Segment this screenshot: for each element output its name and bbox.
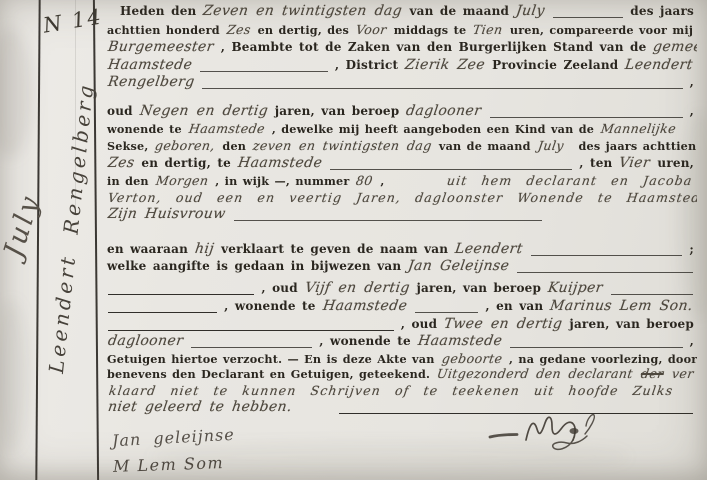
handwritten-entry: klaard niet te kunnen Schrijven of te te… <box>108 383 674 398</box>
act-text-line: achttien honderdZesen dertig, desVoormid… <box>104 22 697 39</box>
act-text-line: =klaard niet te kunnen Schrijven of te t… <box>104 383 697 400</box>
printed-form-text: benevens den Declarant en Getuigen, gete… <box>107 367 430 382</box>
blank-rule-line <box>490 114 683 118</box>
blank-rule-line <box>517 269 693 273</box>
printed-form-text: jaren, van beroep <box>569 317 694 332</box>
handwritten-entry: 80 <box>355 173 374 188</box>
printed-form-text: jaren, van beroep <box>275 104 400 119</box>
act-text-line: oudNegen en dertigjaren, van beroepdaglo… <box>104 104 697 121</box>
handwritten-entry: Vijf en dertig <box>304 281 411 296</box>
margin-month-note: July <box>0 191 46 261</box>
act-text-line: welke aangifte is gedaan in bijwezen van… <box>104 259 697 276</box>
handwritten-entry: Haamstede <box>188 121 266 136</box>
printed-form-text: , <box>380 174 384 189</box>
handwritten-entry: Haamstede <box>417 334 503 349</box>
printed-form-text: des jaars <box>630 4 694 19</box>
act-text-line: , oudTwee en dertigjaren, van beroep <box>104 317 697 334</box>
spacer <box>296 416 336 417</box>
printed-form-text: en dertig, des <box>258 23 349 38</box>
printed-form-text: , in wijk —, nummer <box>215 174 349 189</box>
printed-form-text: van de maand <box>409 4 509 19</box>
handwritten-entry: July <box>537 138 565 153</box>
blank-rule-line <box>330 166 572 170</box>
act-text-line: Sekse,geboren,denzeven en twintigsten da… <box>104 138 697 155</box>
act-text-line: Zijn Huisvrouw <box>104 207 697 224</box>
printed-form-text: verklaart te geven de naam van <box>221 242 448 257</box>
printed-form-text: Provincie Zeeland <box>492 58 618 73</box>
birth-act-document: N 14 July Leendert Rengelberg Heden denZ… <box>0 0 707 480</box>
handwritten-entry: Leendert <box>624 58 694 73</box>
printed-form-text: , <box>690 104 694 119</box>
handwritten-entry: Kuijper <box>547 281 604 296</box>
act-text-line: in denMorgen, in wijk —, nummer80,uit he… <box>104 173 697 190</box>
printed-form-text: , District <box>335 58 398 73</box>
printed-form-text: Getuigen hiertoe verzocht. — En is deze … <box>107 352 435 367</box>
act-text-line: Rengelberg, <box>104 75 697 92</box>
blank-rule-line <box>191 344 312 348</box>
printed-form-text: in den <box>107 174 149 189</box>
printed-form-text: Sekse, <box>107 139 148 154</box>
handwritten-entry: Morgen <box>155 173 210 188</box>
handwritten-entry: geboren, <box>154 138 216 153</box>
blank-rule-line <box>200 68 328 72</box>
printed-form-text: jaren, van beroep <box>417 281 542 296</box>
handwritten-entry: Twee en dertig <box>443 317 563 332</box>
printed-form-text: achttien honderd <box>107 23 220 38</box>
printed-form-text: , wonende te <box>319 334 411 349</box>
handwritten-entry: Haamstede <box>107 58 193 73</box>
printed-form-text: , <box>690 75 694 90</box>
handwritten-entry: ver „ <box>671 366 697 381</box>
margin-name-note: Leendert Rengelberg <box>44 81 98 375</box>
margin-rule-right <box>93 0 99 480</box>
handwritten-entry: Zeven en twintigsten dag <box>202 4 403 19</box>
handwritten-entry: Voor <box>355 22 388 37</box>
witness1-signature: Jan geleijnse <box>112 425 236 450</box>
blank-rule-line <box>108 327 394 331</box>
handwritten-entry: Tien <box>472 22 504 37</box>
printed-form-text: , en van <box>485 299 543 314</box>
handwritten-entry: Zes <box>107 156 136 171</box>
printed-form-text: , <box>690 334 694 349</box>
blank-rule-line <box>202 85 682 89</box>
printed-form-text: middags te <box>394 23 466 38</box>
handwritten-entry: Vier <box>618 156 651 171</box>
handwritten-entry: daglooner <box>405 104 482 119</box>
spacer <box>546 223 697 224</box>
handwritten-entry: Negen en dertig <box>139 104 269 119</box>
handwritten-entry: daglooner <box>107 334 184 349</box>
printed-form-text: , oud <box>261 281 297 296</box>
blank-rule-line <box>531 252 683 256</box>
handwritten-entry: Zijn Huisvrouw <box>107 207 227 222</box>
act-text-line: Zesen dertig, teHaamstede, tenVieruren, <box>104 156 697 173</box>
handwritten-entry: geboorte <box>440 351 503 366</box>
paper-stain <box>0 28 32 158</box>
blank-rule-line <box>415 309 479 313</box>
printed-form-text: , ten <box>579 156 612 171</box>
handwritten-entry: der <box>640 366 665 381</box>
printed-form-text: ; <box>689 242 694 257</box>
printed-form-text: , dewelke mij heeft aangeboden een Kind … <box>272 122 594 137</box>
blank-rule-line <box>108 309 217 313</box>
handwritten-entry: Burgemeester <box>107 40 215 55</box>
act-text-line: en waaraanhijverklaart te geven de naam … <box>104 242 697 259</box>
printed-form-text: wonende te <box>107 122 182 137</box>
handwritten-entry: Zierik Zee <box>404 58 486 73</box>
handwritten-entry: Uitgezonderd den declarant <box>436 366 634 381</box>
handwritten-entry: Mannelijke <box>600 121 677 136</box>
handwritten-entry: Haamstede <box>322 299 408 314</box>
blank-rule-line <box>553 14 624 18</box>
blank-rule-line <box>510 344 683 348</box>
act-text-line: Haamstede, DistrictZierik ZeeProvincie Z… <box>104 58 697 75</box>
printed-form-text: des jaars achttien honderd <box>579 139 697 154</box>
blank-rule-line <box>234 217 542 221</box>
handwritten-entry: Verton, oud een en veertig Jaren, dagloo… <box>107 190 697 205</box>
handwritten-entry: Leendert <box>454 242 524 257</box>
handwritten-entry: niet geleerd te hebben. <box>107 400 293 415</box>
handwritten-entry: Jan Geleijnse <box>407 259 510 274</box>
blank-rule-line <box>108 291 254 295</box>
signature-flourish-icon <box>486 410 614 458</box>
blank-rule-line <box>611 291 693 295</box>
official-signature <box>486 410 614 462</box>
printed-form-text: , Beambte tot de Zaken van den Burgerlij… <box>221 40 647 55</box>
handwritten-entry: Rengelberg <box>107 75 196 90</box>
handwritten-entry: Haamstede <box>237 156 323 171</box>
printed-form-text: uren, compareerde voor mij <box>510 23 693 38</box>
act-text-line: , wonende teHaamstede, en vanMarinus Lem… <box>104 299 697 316</box>
printed-form-text: Heden den <box>120 4 196 19</box>
act-text-line: daglooner, wonende teHaamstede, <box>104 334 697 351</box>
margin-rule-left <box>35 0 40 480</box>
handwritten-entry: gemeente <box>652 40 697 55</box>
printed-form-text: , oud <box>401 317 437 332</box>
handwritten-entry: zeven en twintigsten dag <box>252 138 433 153</box>
act-text-line: Burgemeester, Beambte tot de Zaken van d… <box>104 40 697 57</box>
handwritten-entry: hij <box>194 242 215 257</box>
printed-form-text: uren, <box>657 156 694 171</box>
act-text-line: Heden denZeven en twintigsten dagvan de … <box>117 4 697 21</box>
witness2-signature: M Lem Som <box>113 453 225 476</box>
handwritten-entry: July <box>515 4 546 19</box>
printed-form-text: welke aangifte is gedaan in bijwezen van <box>107 259 401 274</box>
printed-form-text: en dertig, te <box>141 156 231 171</box>
handwritten-entry: uit hem declarant en Jacoba <box>446 173 694 188</box>
printed-form-text: den <box>222 139 246 154</box>
paper-stain <box>0 300 28 450</box>
act-text-line: benevens den Declarant en Getuigen, gete… <box>104 366 697 383</box>
printed-form-text: en waaraan <box>107 242 188 257</box>
printed-form-text: , na gedane voorlezing, door ons, <box>509 352 697 367</box>
printed-form-text: oud <box>107 104 133 119</box>
act-text-line: wonende teHaamstede, dewelke mij heeft a… <box>104 121 697 138</box>
handwritten-entry: Marinus Lem Son. <box>549 299 694 314</box>
act-text-line: Verton, oud een en veertig Jaren, dagloo… <box>104 190 697 207</box>
handwritten-entry: Zes <box>226 22 252 37</box>
printed-form-text: , wonende te <box>224 299 316 314</box>
printed-form-text: van de maand <box>439 139 531 154</box>
act-text-line: , oudVijf en dertigjaren, van beroepKuij… <box>104 281 697 298</box>
